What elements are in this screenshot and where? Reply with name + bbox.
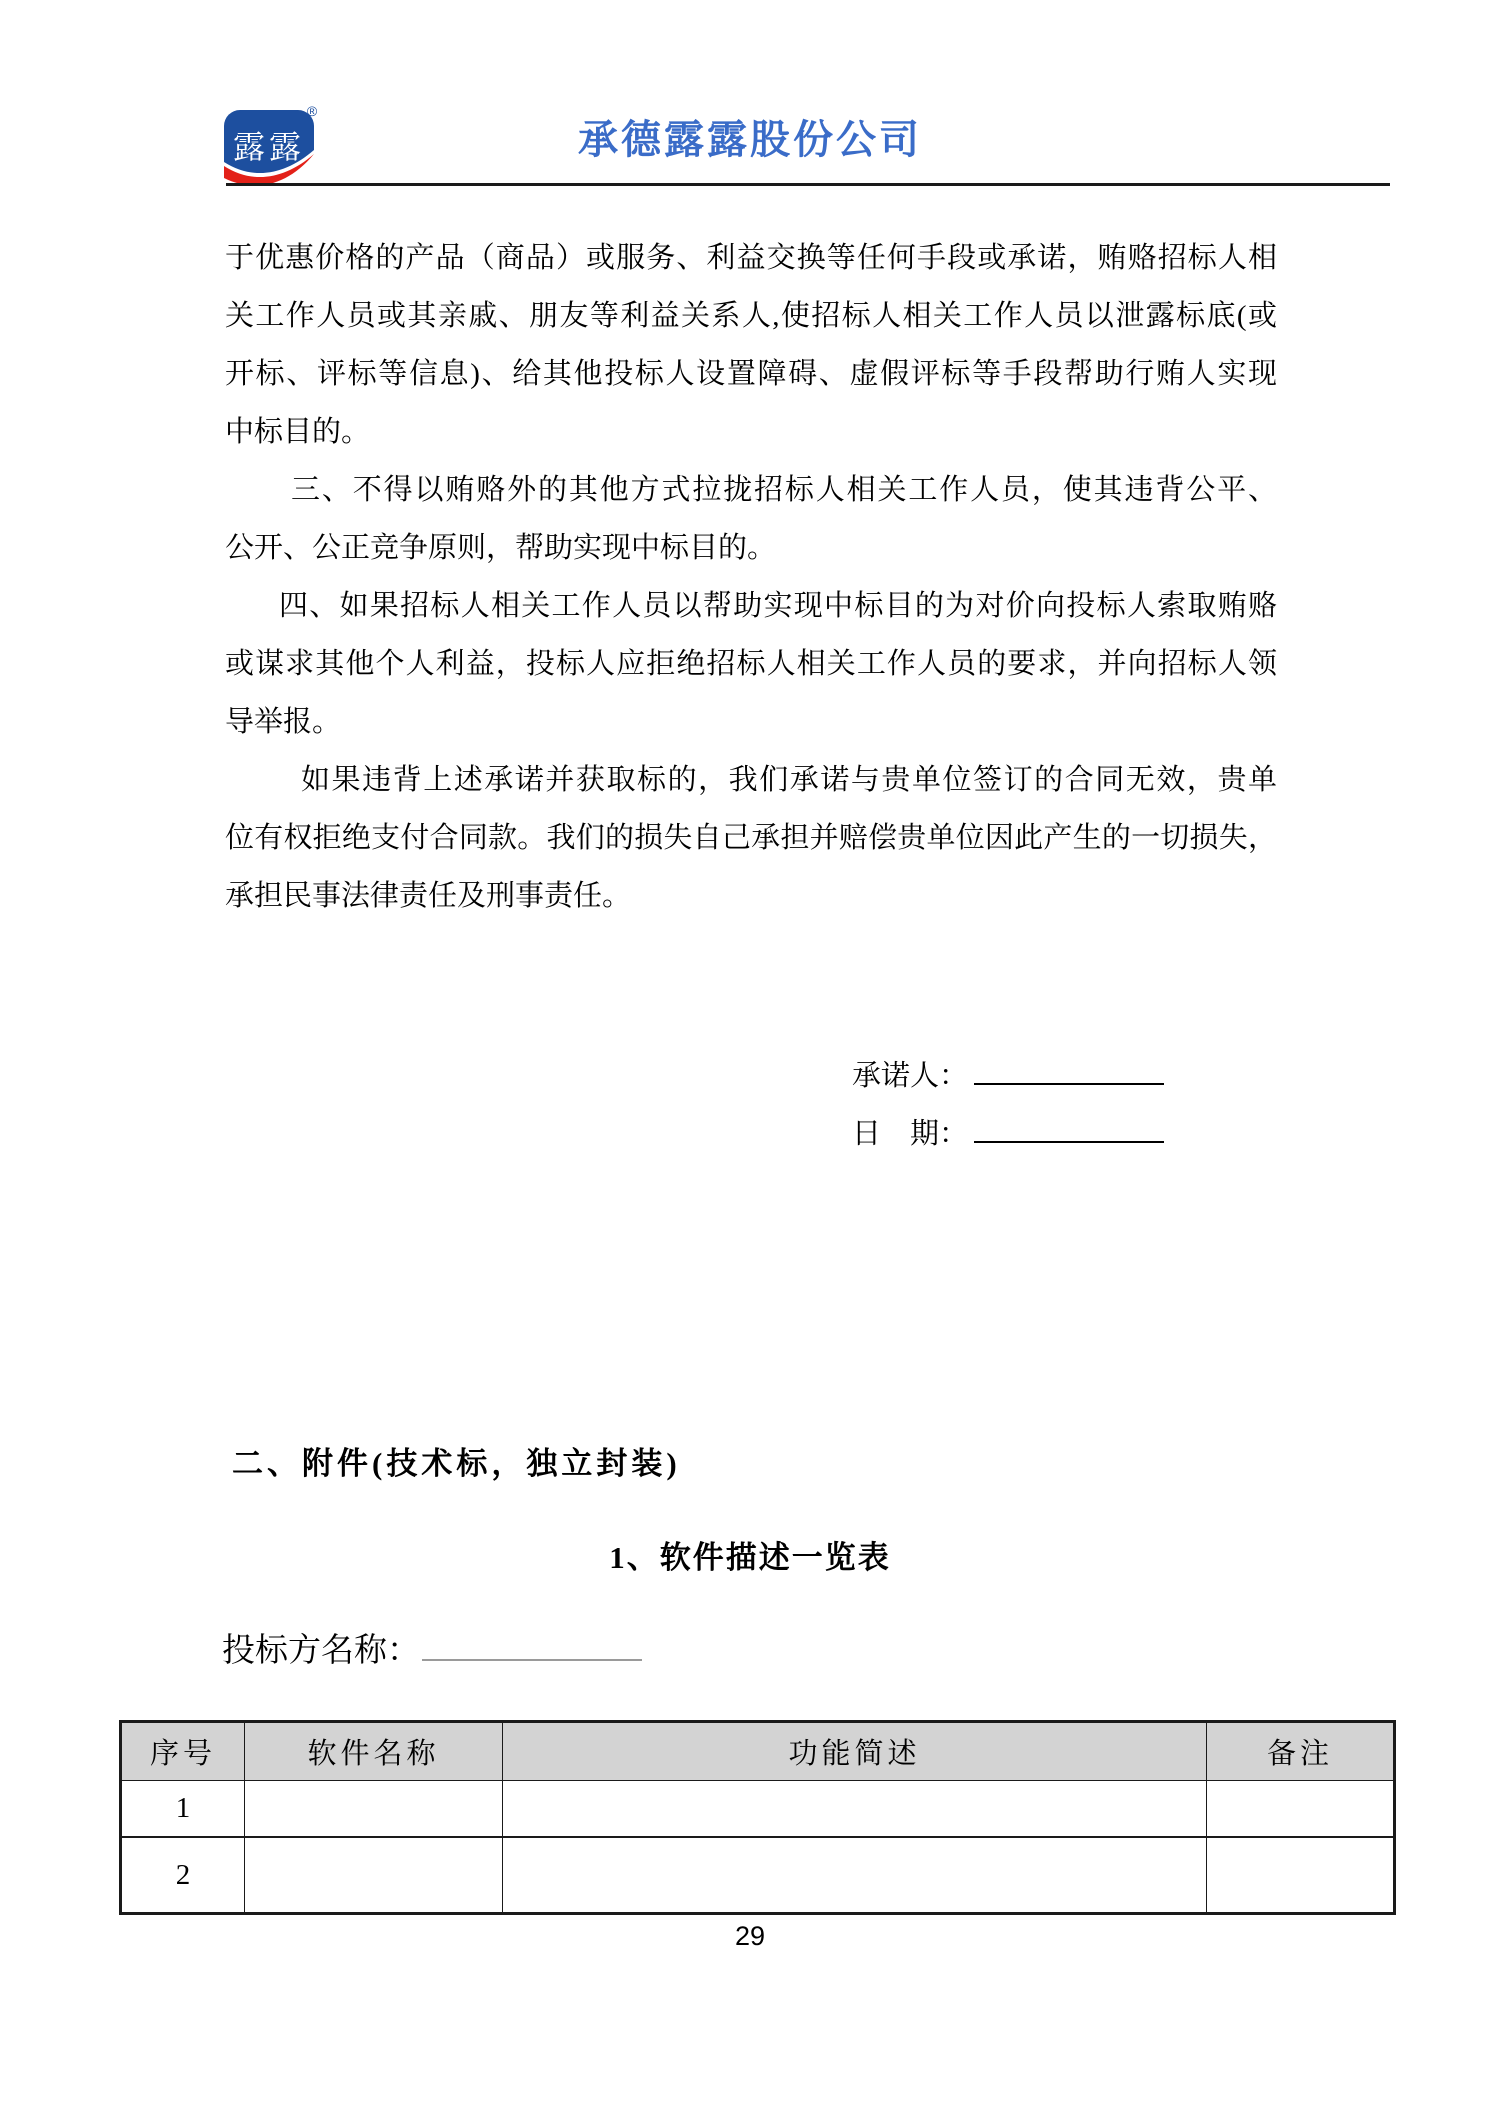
cell-software <box>245 1781 503 1838</box>
document-line: 中标目的。 <box>225 403 1277 461</box>
document-line: 公开、公正竞争原则，帮助实现中标目的。 <box>225 519 1277 577</box>
header-divider <box>226 183 1390 186</box>
company-name-header: 承德露露股份公司 <box>0 108 1500 165</box>
column-header-remarks: 备注 <box>1207 1722 1395 1781</box>
document-line: 于优惠价格的产品（商品）或服务、利益交换等任何手段或承诺，贿赂招标人相 <box>225 229 1277 287</box>
document-line: 承担民事法律责任及刑事责任。 <box>225 867 1277 925</box>
promiser-label: 承诺人： <box>852 1060 968 1092</box>
document-line: 或谋求其他个人利益，投标人应拒绝招标人相关工作人员的要求，并向招标人领 <box>225 635 1277 693</box>
cell-description <box>503 1837 1207 1914</box>
column-header-software: 软件名称 <box>245 1722 503 1781</box>
section-heading-attachment: 二、附件(技术标，独立封装) <box>232 1438 681 1483</box>
signature-row-date: 日 期： <box>852 1111 1164 1152</box>
document-line: 位有权拒绝支付合同款。我们的损失自己承担并赔偿贵单位因此产生的一切损失， <box>225 809 1277 867</box>
document-line: 开标、评标等信息)、给其他投标人设置障碍、虚假评标等手段帮助行贿人实现 <box>225 345 1277 403</box>
cell-software <box>245 1837 503 1914</box>
document-page: 露露 ® 承德露露股份公司 于优惠价格的产品（商品）或服务、利益交换等任何手段或… <box>0 0 1500 2121</box>
bidder-name-row: 投标方名称： <box>222 1624 642 1671</box>
column-header-index: 序号 <box>121 1722 245 1781</box>
signature-row-promiser: 承诺人： <box>852 1053 1164 1094</box>
date-signature-line <box>974 1111 1164 1143</box>
cell-index: 2 <box>121 1837 245 1914</box>
date-label: 日 期： <box>852 1118 968 1150</box>
column-header-description: 功能简述 <box>503 1722 1207 1781</box>
document-line: 四、如果招标人相关工作人员以帮助实现中标目的为对价向投标人索取贿赂 <box>225 577 1277 635</box>
table-row: 1 <box>121 1781 1395 1838</box>
document-body: 于优惠价格的产品（商品）或服务、利益交换等任何手段或承诺，贿赂招标人相 关工作人… <box>225 229 1277 925</box>
cell-index: 1 <box>121 1781 245 1838</box>
software-description-table: 序号 软件名称 功能简述 备注 1 2 <box>119 1720 1396 1915</box>
document-line: 如果违背上述承诺并获取标的，我们承诺与贵单位签订的合同无效，贵单 <box>225 751 1277 809</box>
document-line: 导举报。 <box>225 693 1277 751</box>
software-table-title: 1、软件描述一览表 <box>0 1532 1500 1577</box>
page-number: 29 <box>0 1921 1500 1952</box>
cell-remarks <box>1207 1781 1395 1838</box>
cell-remarks <box>1207 1837 1395 1914</box>
document-line: 三、不得以贿赂外的其他方式拉拢招标人相关工作人员，使其违背公平、 <box>225 461 1277 519</box>
promiser-signature-line <box>974 1053 1164 1085</box>
bidder-name-label: 投标方名称： <box>222 1631 420 1668</box>
cell-description <box>503 1781 1207 1838</box>
document-line: 关工作人员或其亲戚、朋友等利益关系人,使招标人相关工作人员以泄露标底(或 <box>225 287 1277 345</box>
bidder-name-line <box>422 1625 642 1661</box>
table-header-row: 序号 软件名称 功能简述 备注 <box>121 1722 1395 1781</box>
table-row: 2 <box>121 1837 1395 1914</box>
